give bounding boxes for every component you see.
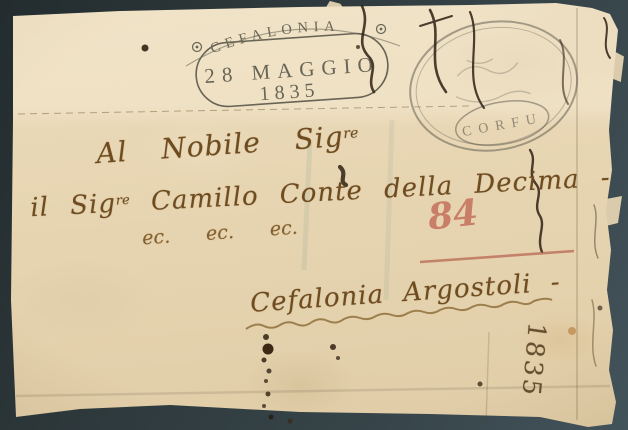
rate-mark: 84 (426, 191, 480, 238)
oval-outer-ring (400, 8, 588, 163)
oval-crest (450, 50, 531, 106)
address-line-2-superscript: re (115, 193, 130, 209)
address-line-2-pre: il Sig (30, 189, 117, 223)
datestamp-year: 1835 (259, 79, 320, 105)
rate-mark-underline (420, 251, 574, 262)
corfu-oval-handstamp: CORFU (400, 8, 588, 163)
address-line-1-superscript: re (343, 125, 359, 142)
photo-of-postal-cover: CEFALONIA 28 MAGGIO 1835 CORFU (0, 0, 628, 430)
datestamp-left-ornament (193, 43, 202, 52)
datestamp-right-ornament (377, 25, 386, 34)
datestamp-town-arc-text: CEFALONIA (208, 19, 340, 57)
cefalonia-datestamp: CEFALONIA 28 MAGGIO 1835 (186, 19, 400, 109)
